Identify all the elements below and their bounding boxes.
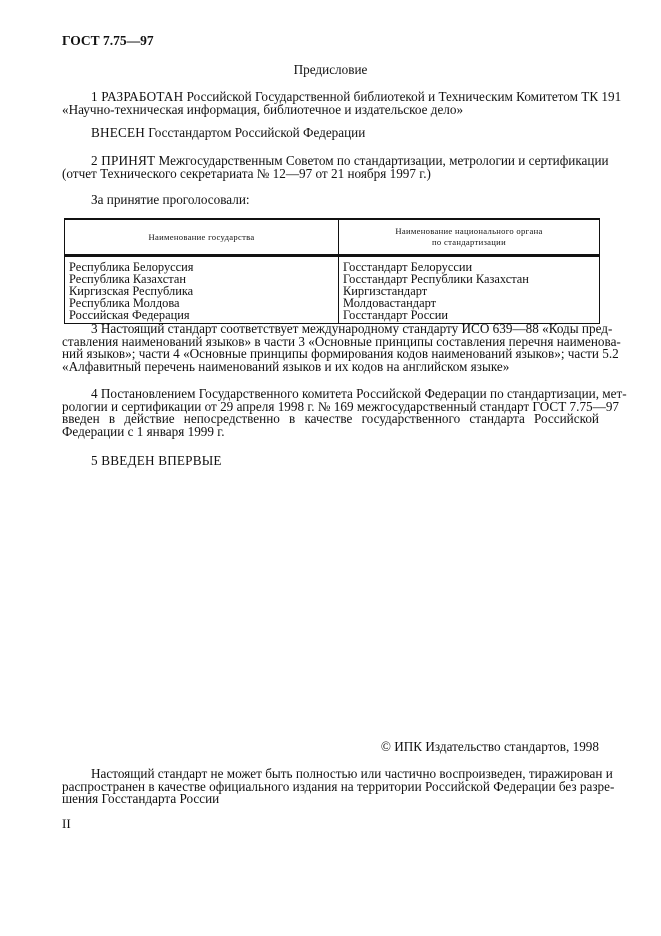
introduced-text: Госстандартом Российской Федерации xyxy=(148,125,365,140)
standards-body-column: Госстандарт Белоруссии Госстандарт Респу… xyxy=(339,256,600,324)
reproduction-notice: Настоящий стандарт не может быть полност… xyxy=(62,768,599,806)
preface-title: Предисловие xyxy=(0,64,661,77)
item-1-text-line2: «Научно-техническая информация, библиоте… xyxy=(62,104,599,117)
preface-item-4: 4 Постановлением Государственного комите… xyxy=(62,388,599,438)
copyright-notice: © ИПК Издательство стандартов, 1998 xyxy=(381,741,599,754)
body-cell: Госстандарт России xyxy=(343,309,595,321)
preface-item-5: 5 ВВЕДЕН ВПЕРВЫЕ xyxy=(62,455,599,468)
introduced-lead: ВНЕСЕН xyxy=(91,125,145,140)
header-state: Наименование государства xyxy=(65,219,339,256)
document-code: ГОСТ 7.75—97 xyxy=(62,35,154,48)
votes-table: Наименование государства Наименование на… xyxy=(64,218,600,324)
preface-item-1: 1 РАЗРАБОТАН Российской Государственной … xyxy=(62,91,599,116)
voted-intro: За принятие проголосовали: xyxy=(62,194,599,207)
state-column: Республика Белоруссия Республика Казахст… xyxy=(65,256,339,324)
table-row: Республика Белоруссия Республика Казахст… xyxy=(65,256,600,324)
preface-item-2: 2 ПРИНЯТ Межгосударственным Советом по с… xyxy=(62,155,599,180)
state-cell: Российская Федерация xyxy=(69,309,334,321)
preface-item-3: 3 Настоящий стандарт соответствует между… xyxy=(62,323,599,373)
table-header-row: Наименование государства Наименование на… xyxy=(65,219,600,256)
item-2-text-line2: (отчет Технического секретариата № 12—97… xyxy=(62,168,599,181)
header-standards-body: Наименование национального органа по ста… xyxy=(339,219,600,256)
preface-introduced: ВНЕСЕН Госстандартом Российской Федераци… xyxy=(62,127,599,140)
page-number: II xyxy=(62,818,71,831)
